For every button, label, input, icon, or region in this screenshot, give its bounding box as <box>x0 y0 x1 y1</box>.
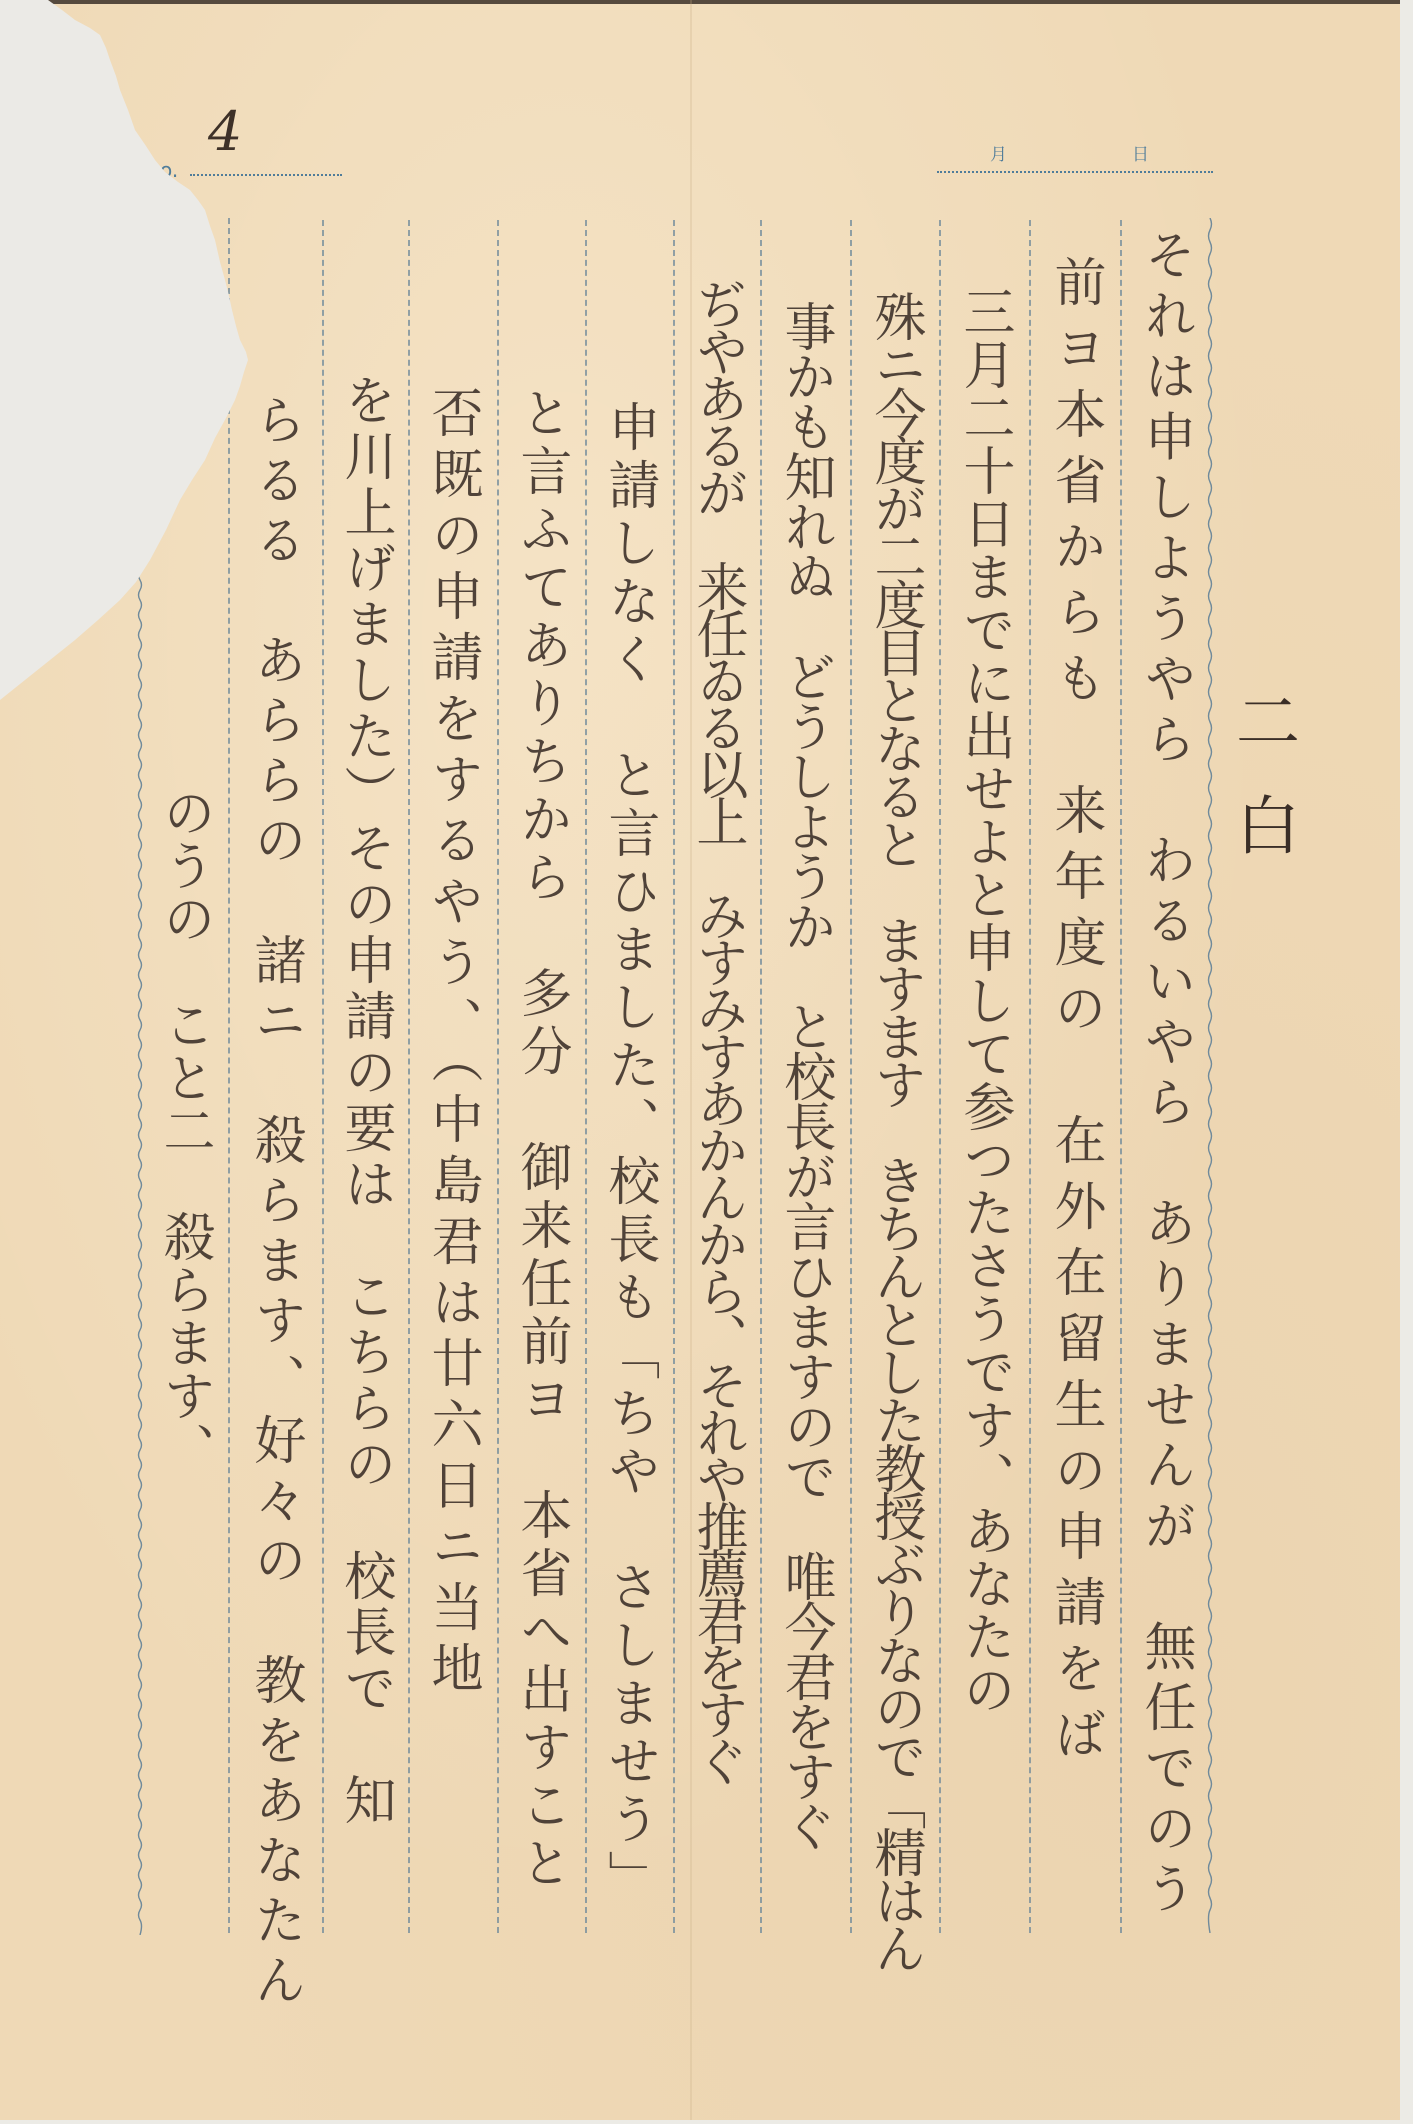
column-rule <box>939 220 941 1933</box>
text-column-4: 殊ニ今度が二度目となると ますます きちんとした教授ぶりなので「精はん <box>869 290 921 1970</box>
column-rule <box>585 220 587 1933</box>
heading-niha: 二白 <box>1216 688 1308 896</box>
text-column-6: ぢやあるが 来任ゐる以上 みすみすあかんから、それや推薦君をすぐ <box>691 278 743 1782</box>
text-column-9: 否既の申請をするやう、（中島君は廿六日ニ当地 <box>426 386 478 1702</box>
text-column-3: 三月二十日までに出せよと申して参つたさうです、あなたの <box>958 285 1010 1716</box>
column-rule <box>1029 220 1031 1933</box>
text-column-8: と言ふてありちから 多分 御来任前ヨ 本省へ出すこと <box>515 386 567 1894</box>
day-label: 日 <box>1132 140 1149 165</box>
right-wavy-border <box>1207 218 1213 1933</box>
date-underline <box>937 171 1213 173</box>
text-column-5: 事かも知れぬ どうしようか と校長が言ひますので 唯今君をすぐ <box>779 300 831 1850</box>
text-column-12: のうの こと二 殺らます、 <box>158 786 210 1475</box>
left-wavy-border <box>137 560 143 1935</box>
column-rule <box>408 220 410 1933</box>
column-rule <box>1120 220 1122 1933</box>
month-label: 月 <box>990 140 1007 165</box>
text-column-7: 申請しなく と言ひました、校長も「ちや さしませう」 <box>603 400 655 1908</box>
text-column-2: 前ヨ本省からも 来年度の 在外在留生の申請をば <box>1049 255 1101 1773</box>
column-rule <box>760 220 762 1933</box>
torn-paper-corner <box>0 0 400 760</box>
column-rule <box>673 220 675 1933</box>
column-rule <box>497 220 499 1933</box>
text-column-1: それは申しようやら わるいやら ありませんが 無任でのう <box>1139 228 1191 1922</box>
column-rule <box>850 220 852 1933</box>
